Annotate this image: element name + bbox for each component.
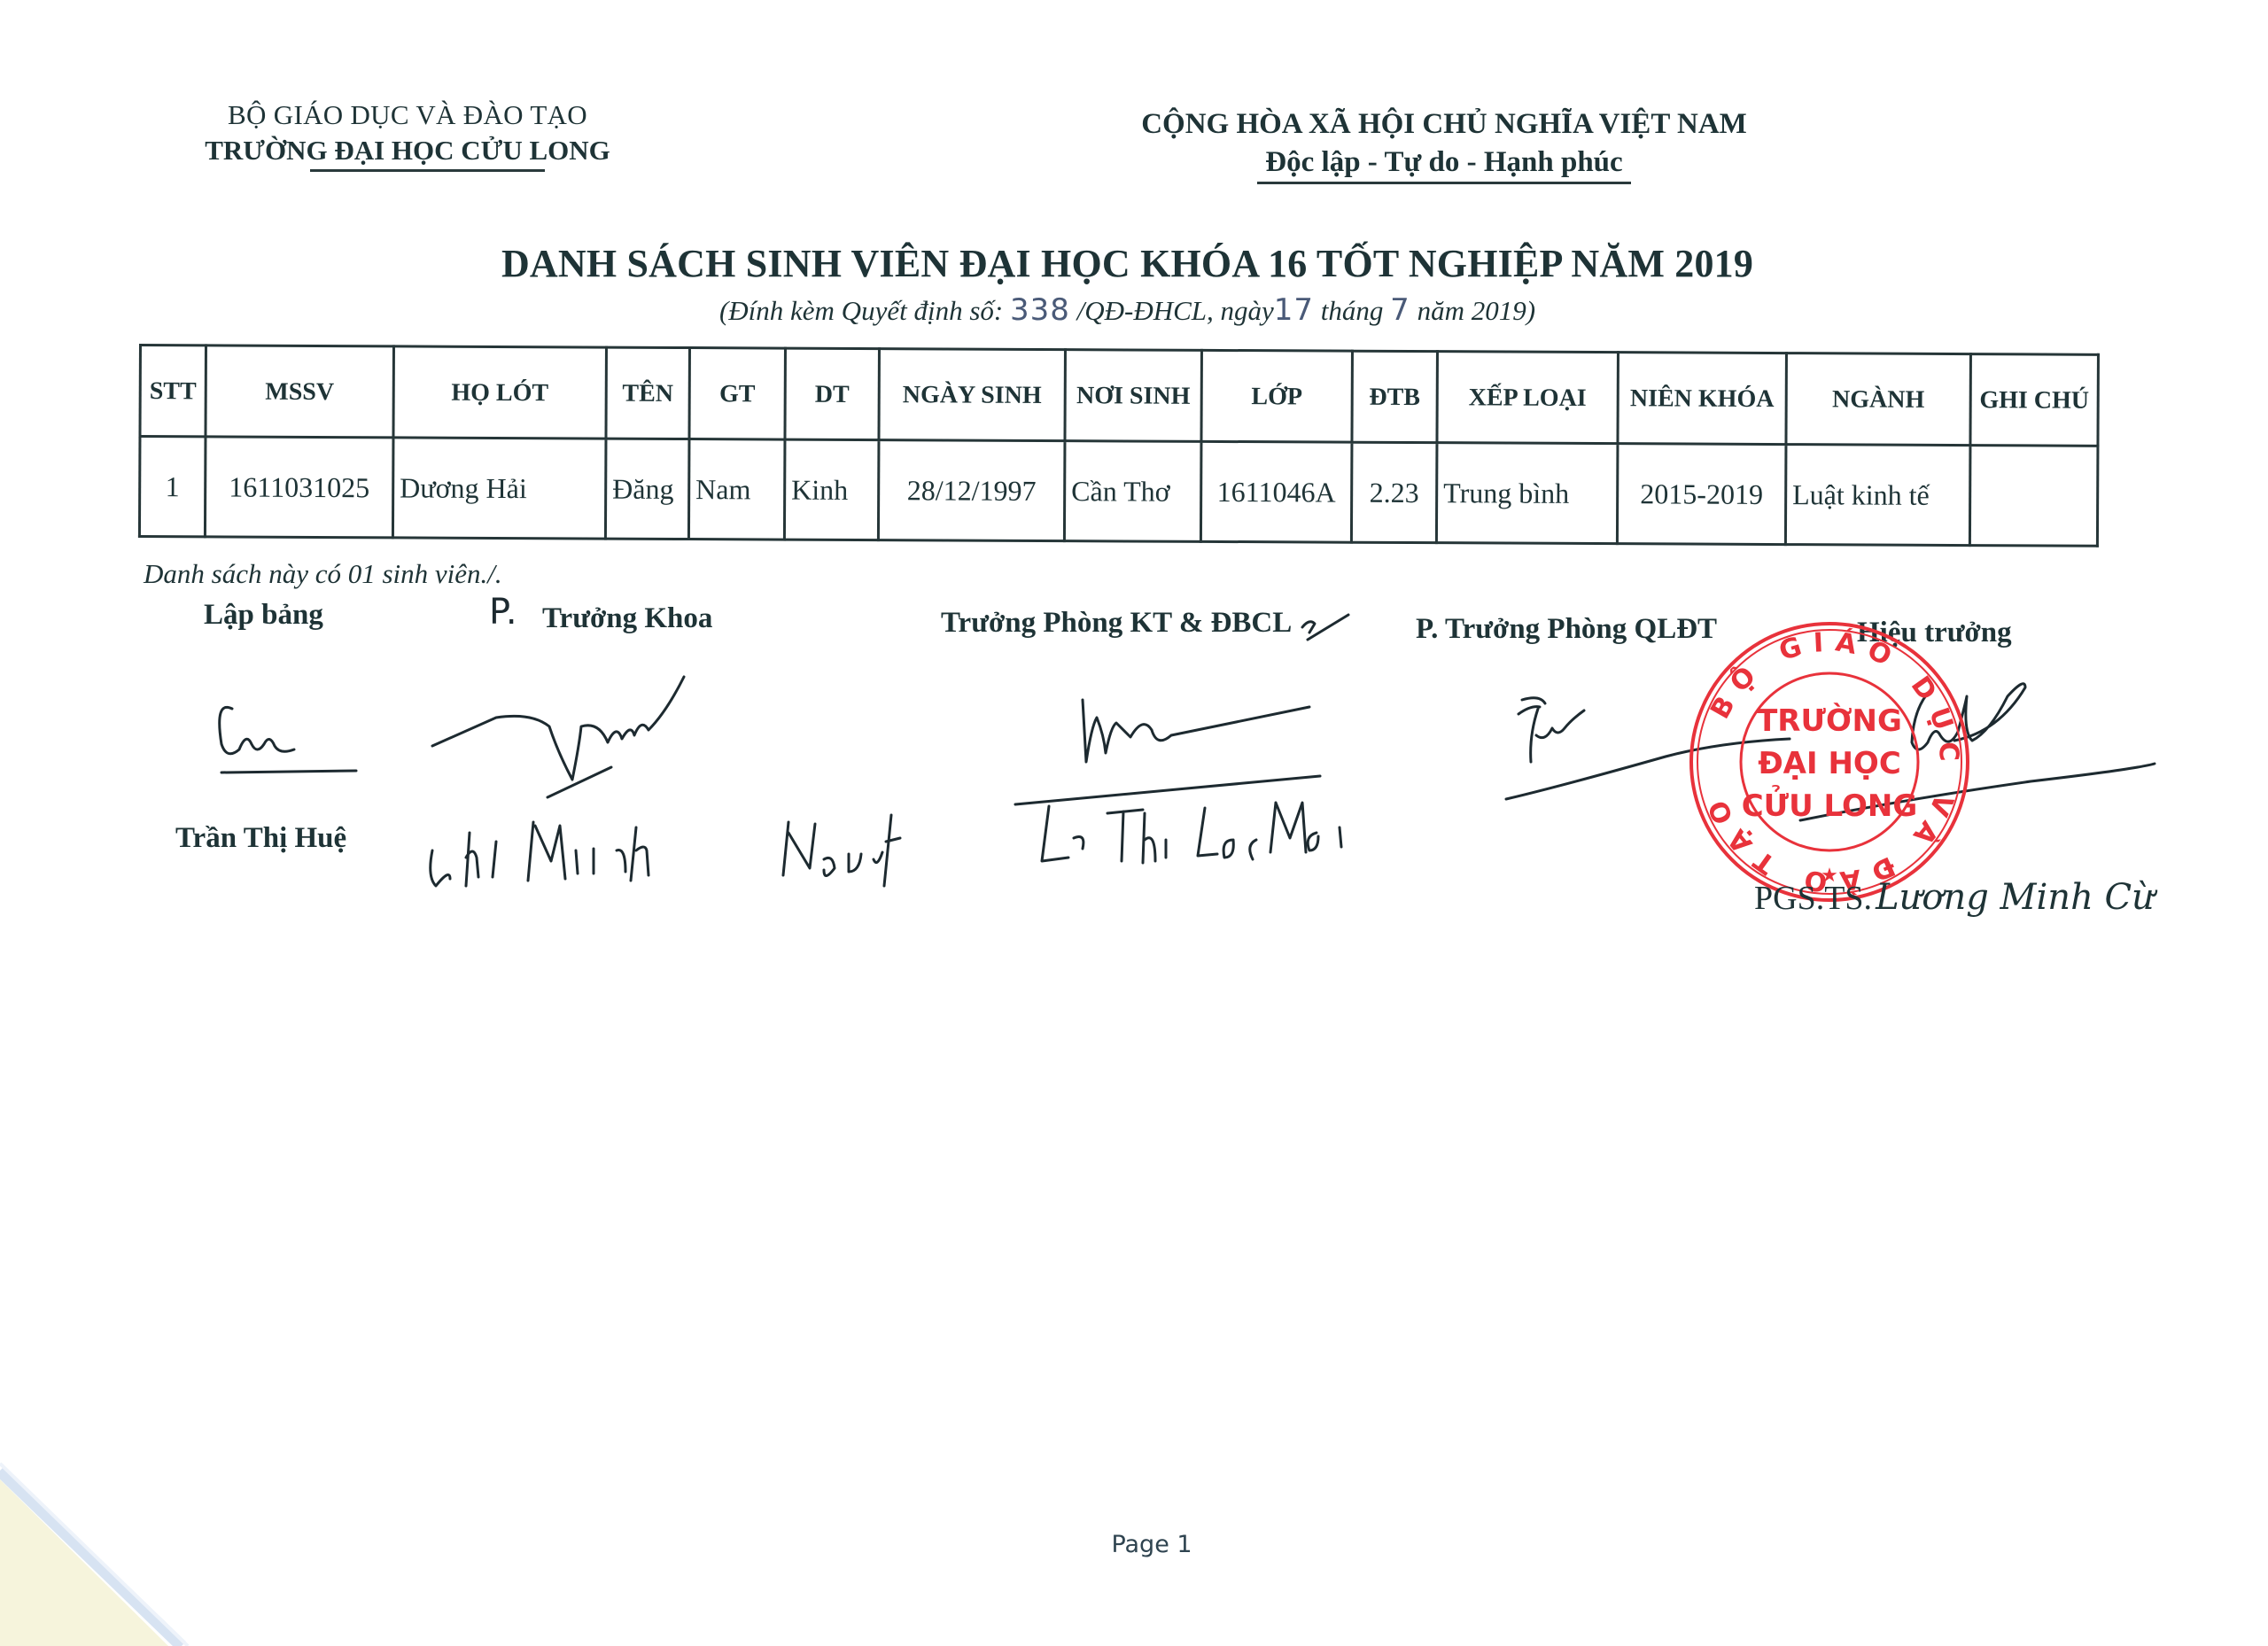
principal-name: Lương Minh Cừ [1876, 877, 2155, 918]
signer-name-lap-bang: Trần Thị Huệ [175, 822, 346, 855]
signature-lap-bang-icon [220, 707, 356, 773]
seal-line-3: CỬU LONG [1742, 785, 1918, 824]
initial-mark-icon [1302, 615, 1348, 640]
university-seal: BỘ GIÁO DỤC VÀ ĐÀO TẠO TRƯỜNG ĐẠI HỌC CỬ… [1683, 616, 1976, 908]
principal-name-block: PGS.TS. Lương Minh Cừ [1754, 877, 2155, 918]
seal-line-2: ĐẠI HỌC [1758, 746, 1901, 781]
seal-line-1: TRƯỜNG [1757, 703, 1902, 739]
folded-page-corner [0, 1417, 221, 1646]
page-number: Page 1 [1063, 1531, 1240, 1558]
principal-title: PGS.TS. [1754, 880, 1872, 917]
